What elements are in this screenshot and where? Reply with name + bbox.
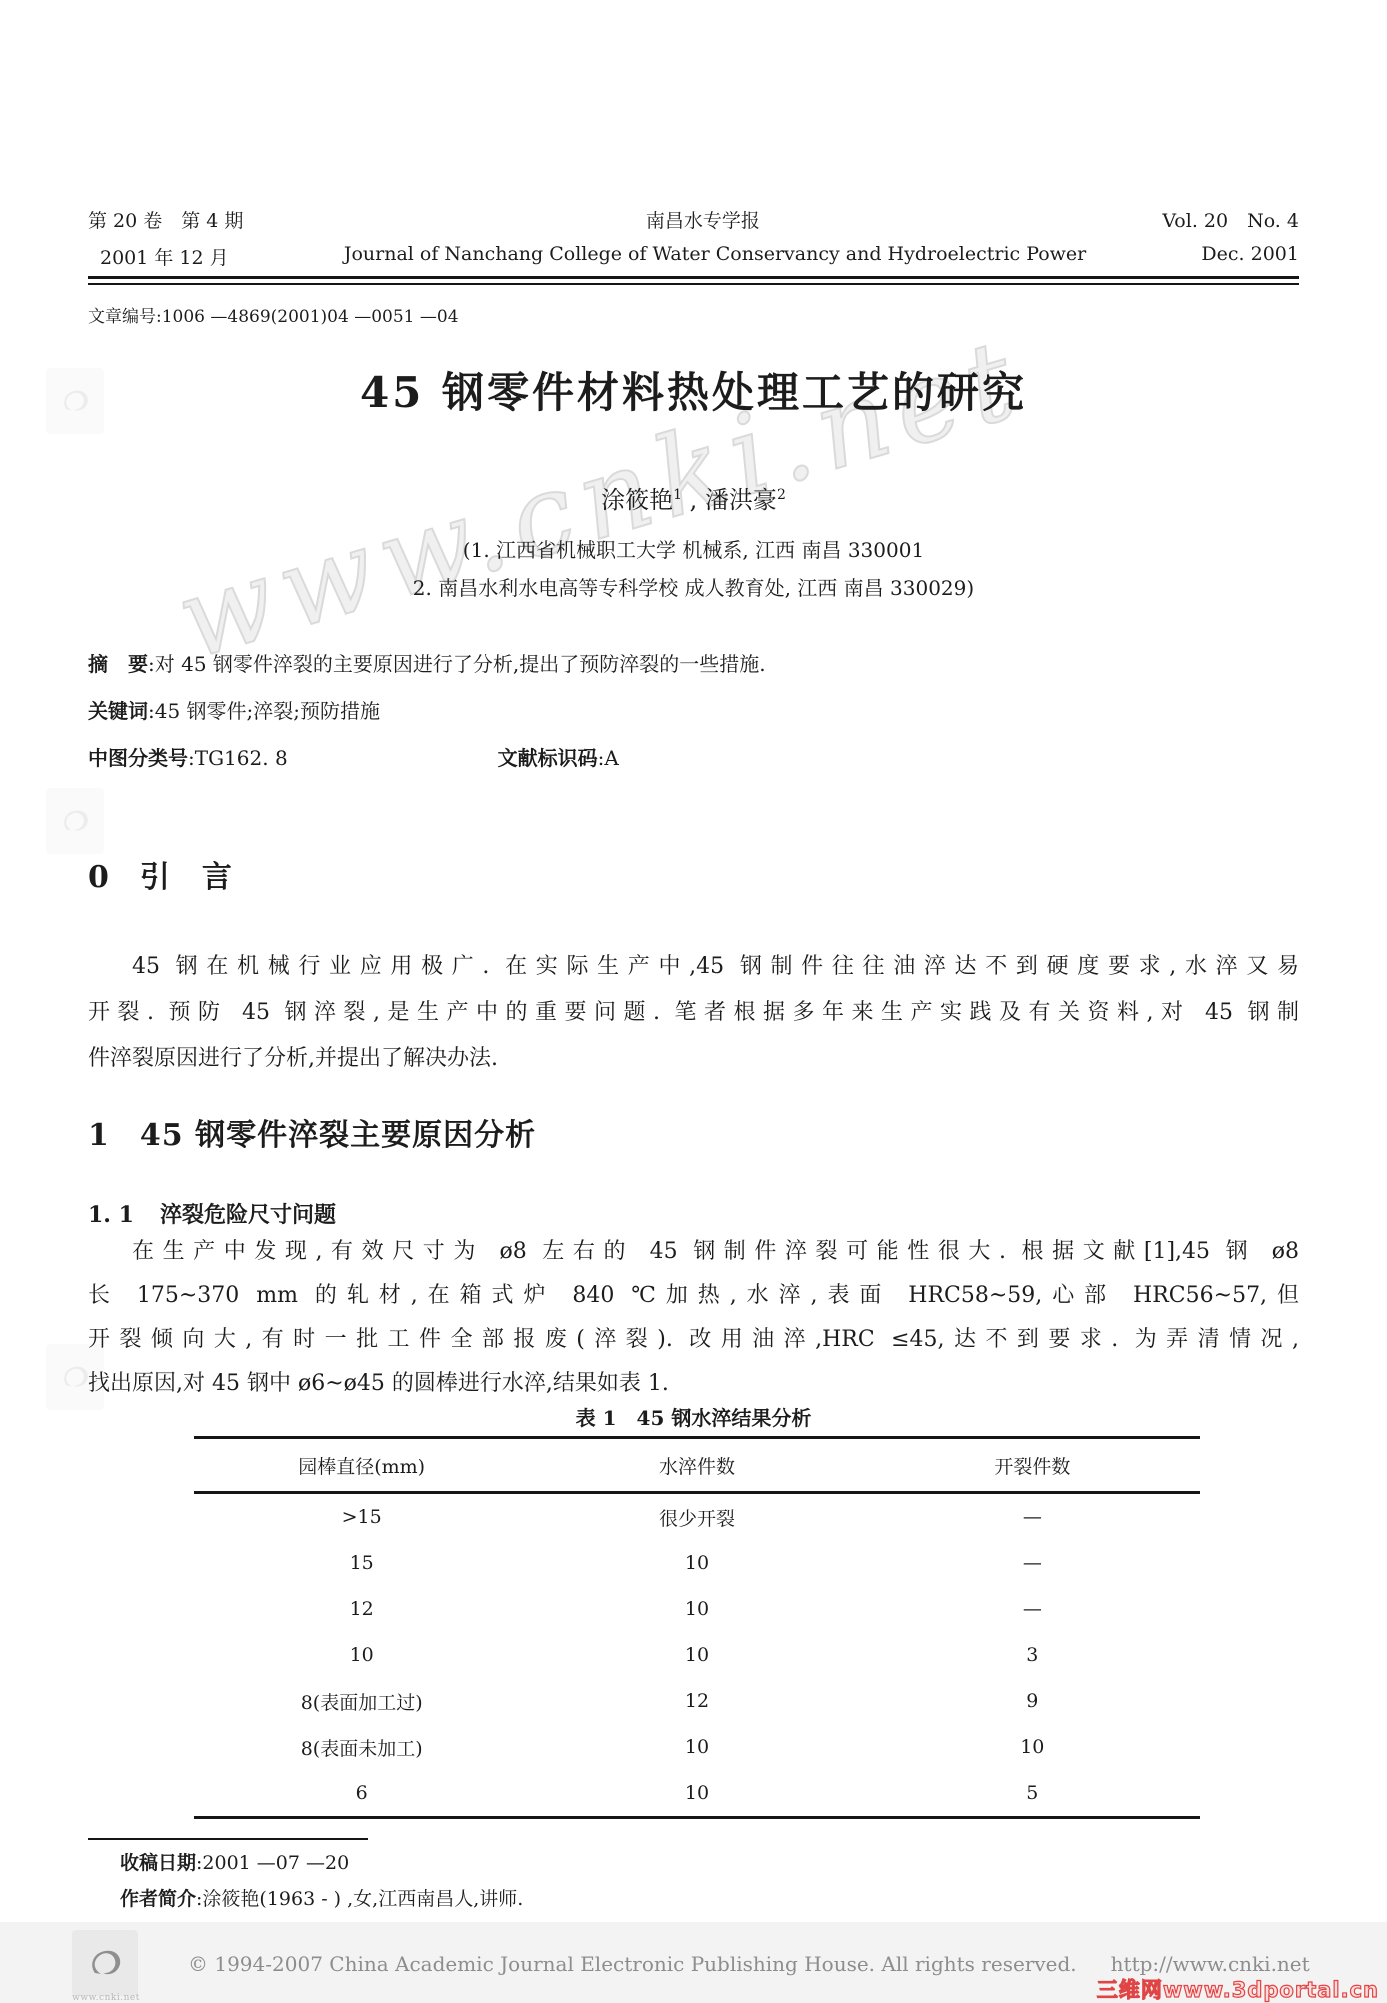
table-row: 1210— (194, 1586, 1200, 1632)
section-1-number: 1 (88, 1118, 110, 1153)
table-cell: >15 (194, 1506, 529, 1528)
paragraph-line: 件淬裂原因进行了分析,并提出了解决办法. (88, 1036, 1299, 1082)
author-2-superscript: 2 (777, 487, 786, 503)
paragraph-line: 开裂倾向大,有时一批工件全部报废(淬裂). 改用油淬,HRC ≤45,达不到要求… (88, 1318, 1299, 1362)
3dportal-watermark: 三维网www.3dportal.cn (1097, 1974, 1379, 2003)
author-bio-label: 作者简介 (120, 1888, 196, 1910)
cnki-logo-caption: www.cnki.net (64, 1993, 148, 2003)
author-line: 涂筱艳1 , 潘洪豪2 (0, 480, 1387, 515)
abstract-label: 摘 要 (88, 652, 148, 676)
clc-label: 中图分类号 (88, 746, 188, 770)
table-cell: 10 (529, 1552, 864, 1574)
clc-value: :TG162. 8 (188, 746, 288, 770)
journal-header-row2: 2001 年 12 月 Journal of Nanchang College … (100, 243, 1299, 270)
received-date-label: 收稿日期 (120, 1852, 196, 1874)
table-header-cell: 开裂件数 (865, 1452, 1200, 1479)
table-cell: 很少开裂 (529, 1504, 864, 1531)
journal-page: www.cnki.net 第 20 卷 第 4 期 南昌水专学报 Vol. 20… (0, 0, 1387, 2003)
table-header-row: 园棒直径(mm) 水淬件数 开裂件数 (194, 1439, 1200, 1491)
author-1: 涂筱艳 (601, 486, 673, 514)
table-cell: 8(表面加工过) (194, 1688, 529, 1715)
author-bio-value: :涂筱艳(1963 - ) ,女,江西南昌人,讲师. (196, 1888, 523, 1910)
affiliation-line-2: 2. 南昌水利水电高等专科学校 成人教育处, 江西 南昌 330029) (0, 572, 1387, 601)
table-cell: 10 (529, 1782, 864, 1804)
subsection-1-1-number: 1. 1 (88, 1202, 134, 1228)
doccode-label: 文献标识码 (498, 746, 598, 770)
table-cell: 6 (194, 1782, 529, 1804)
section-0-heading: 0引 言 (88, 852, 233, 896)
volume-issue-en: Vol. 20 No. 4 (1162, 206, 1299, 233)
clc-pair: 中图分类号:TG162. 8 (88, 742, 288, 771)
section-0-title: 引 言 (140, 860, 233, 895)
keywords-row: 关键词:45 钢零件;淬裂;预防措施 (88, 695, 1299, 724)
table-cell: 10 (865, 1736, 1200, 1758)
table-cell: 8(表面未加工) (194, 1734, 529, 1761)
journal-name-en: Journal of Nanchang College of Water Con… (344, 243, 1086, 270)
article-number: 文章编号:1006 —4869(2001)04 —0051 —04 (88, 302, 459, 327)
paragraph-line: 找出原因,对 45 钢中 ø6~ø45 的圆棒进行水淬,结果如表 1. (88, 1362, 1299, 1406)
copyright-text: © 1994-2007 China Academic Journal Elect… (188, 1952, 1077, 1976)
table-row: 6105 (194, 1770, 1200, 1816)
doccode-pair: 文献标识码:A (498, 742, 619, 771)
cnki-url: http://www.cnki.net (1111, 1952, 1310, 1976)
copyright-notice: © 1994-2007 China Academic Journal Elect… (188, 1952, 1310, 1976)
table-cell: 10 (529, 1598, 864, 1620)
table-header-cell: 水淬件数 (529, 1452, 864, 1479)
paragraph-line: 长 175~370 mm 的轧材,在箱式炉 840 ℃加热,水淬,表面 HRC5… (88, 1274, 1299, 1318)
table-cell: 9 (865, 1690, 1200, 1712)
abstract-row: 摘 要:对 45 钢零件淬裂的主要原因进行了分析,提出了预防淬裂的一些措施. (88, 648, 1299, 677)
author-bio-line: 作者简介:涂筱艳(1963 - ) ,女,江西南昌人,讲师. (120, 1884, 1300, 1911)
table-cell: 5 (865, 1782, 1200, 1804)
page-title: 45 钢零件材料热处理工艺的研究 (0, 360, 1387, 420)
keywords-label: 关键词 (88, 699, 148, 723)
table-row: 8(表面未加工)1010 (194, 1724, 1200, 1770)
table-cell: — (865, 1598, 1200, 1620)
header-divider-rule (88, 276, 1299, 285)
journal-name-cn: 南昌水专学报 (646, 206, 760, 233)
results-table: 园棒直径(mm) 水淬件数 开裂件数 >15很少开裂—1510—1210—101… (194, 1436, 1200, 1819)
author-separator: , (682, 486, 705, 514)
table-cell: 10 (529, 1736, 864, 1758)
table-header-cell: 园棒直径(mm) (194, 1452, 529, 1479)
affiliation-line-1: (1. 江西省机械职工大学 机械系, 江西 南昌 330001 (0, 534, 1387, 563)
date-en: Dec. 2001 (1201, 243, 1299, 270)
abstract-text: :对 45 钢零件淬裂的主要原因进行了分析,提出了预防淬裂的一些措施. (148, 652, 766, 676)
cnki-logo-icon (72, 1930, 138, 1996)
table-cell: — (865, 1506, 1200, 1528)
table-cell: 3 (865, 1644, 1200, 1666)
table-cell: 10 (529, 1644, 864, 1666)
author-2: 潘洪豪 (705, 486, 777, 514)
table-body: >15很少开裂—1510—1210—101038(表面加工过)1298(表面未加… (194, 1494, 1200, 1816)
table-cell: 12 (529, 1690, 864, 1712)
table-cell: — (865, 1552, 1200, 1574)
table-row: 8(表面加工过)129 (194, 1678, 1200, 1724)
paragraph-line: 45 钢在机械行业应用极广. 在实际生产中,45 钢制件往往油淬达不到硬度要求,… (88, 944, 1299, 990)
author-1-superscript: 1 (673, 487, 682, 503)
section-0-number: 0 (88, 860, 110, 895)
date-cn: 2001 年 12 月 (100, 243, 229, 270)
table-row: 10103 (194, 1632, 1200, 1678)
paragraph-line: 在生产中发现,有效尺寸为 ø8 左右的 45 钢制件淬裂可能性很大. 根据文献[… (88, 1230, 1299, 1274)
journal-header-row1: 第 20 卷 第 4 期 南昌水专学报 Vol. 20 No. 4 (88, 206, 1299, 233)
section-0-paragraph: 45 钢在机械行业应用极广. 在实际生产中,45 钢制件往往油淬达不到硬度要求,… (88, 944, 1299, 1082)
subsection-1-1-title: 淬裂危险尺寸问题 (160, 1202, 336, 1228)
keywords-text: :45 钢零件;淬裂;预防措施 (148, 699, 380, 723)
subsection-1-1-paragraph: 在生产中发现,有效尺寸为 ø8 左右的 45 钢制件淬裂可能性很大. 根据文献[… (88, 1230, 1299, 1406)
paragraph-line: 开裂. 预防 45 钢淬裂,是生产中的重要问题. 笔者根据多年来生产实践及有关资… (88, 990, 1299, 1036)
section-1-title: 45 钢零件淬裂主要原因分析 (140, 1118, 536, 1153)
footnote-rule (88, 1838, 368, 1840)
received-date-line: 收稿日期:2001 —07 —20 (120, 1848, 1300, 1875)
section-1-heading: 145 钢零件淬裂主要原因分析 (88, 1110, 536, 1154)
volume-issue-cn: 第 20 卷 第 4 期 (88, 206, 243, 233)
table-row: >15很少开裂— (194, 1494, 1200, 1540)
table-cell: 10 (194, 1644, 529, 1666)
received-date-value: :2001 —07 —20 (196, 1852, 349, 1874)
table-cell: 12 (194, 1598, 529, 1620)
table-bottom-rule (194, 1816, 1200, 1819)
spacer (288, 742, 498, 771)
table-caption: 表 1 45 钢水淬结果分析 (0, 1402, 1387, 1431)
cnki-logo-icon-faint (46, 788, 104, 854)
table-cell: 15 (194, 1552, 529, 1574)
classification-row: 中图分类号:TG162. 8 文献标识码:A (88, 742, 1299, 771)
doccode-value: :A (598, 746, 619, 770)
subsection-1-1-heading: 1. 1淬裂危险尺寸问题 (88, 1198, 336, 1229)
table-row: 1510— (194, 1540, 1200, 1586)
